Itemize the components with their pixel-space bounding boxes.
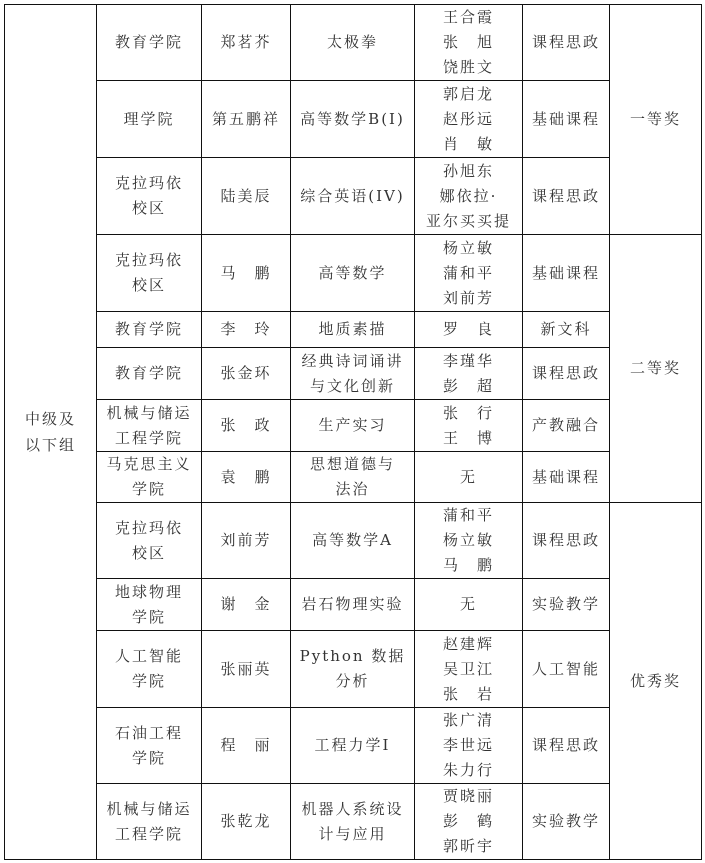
teacher-name-cell: 第五鹏祥 <box>202 81 291 158</box>
category-cell: 基础课程 <box>523 81 610 158</box>
course-cell: 高等数学A <box>291 503 415 579</box>
team-members-cell-line: 张 岩 <box>417 682 520 707</box>
table-row: 克拉玛依校区陆美辰综合英语(IV)孙旭东娜依拉·亚尔买买提课程思政 <box>5 158 702 235</box>
course-cell-line: 机器人系统设 <box>293 797 412 822</box>
group-label: 中级及以下组 <box>19 406 82 458</box>
course-cell-line: 法治 <box>293 477 412 502</box>
college-cell: 机械与储运工程学院 <box>97 400 202 452</box>
table-row: 石油工程学院程 丽工程力学I张广清李世远朱力行课程思政 <box>5 708 702 784</box>
team-members-cell-line: 赵建辉 <box>417 632 520 657</box>
college-cell-line: 克拉玛依 <box>99 248 199 273</box>
team-members-cell: 杨立敏蒲和平刘前芳 <box>415 235 523 312</box>
college-cell-line: 教育学院 <box>99 361 199 386</box>
category-cell: 新文科 <box>523 312 610 348</box>
team-members-cell-line: 李瑾华 <box>417 349 520 374</box>
college-cell-line: 马克思主义 <box>99 452 199 477</box>
college-cell-line: 机械与储运 <box>99 797 199 822</box>
college-cell-line: 校区 <box>99 541 199 566</box>
college-cell: 机械与储运工程学院 <box>97 784 202 860</box>
team-members-cell-line: 肖 敏 <box>417 132 520 157</box>
team-members-cell: 无 <box>415 452 523 503</box>
team-members-cell-line: 无 <box>417 465 520 490</box>
course-cell-line: 地质素描 <box>293 317 412 342</box>
team-members-cell-line: 娜依拉· <box>417 184 520 209</box>
teacher-name-cell: 张 政 <box>202 400 291 452</box>
college-cell-line: 学院 <box>99 746 199 771</box>
category-cell: 课程思政 <box>523 708 610 784</box>
college-cell: 克拉玛依校区 <box>97 235 202 312</box>
course-cell: 太极拳 <box>291 5 415 81</box>
table-row: 理学院第五鹏祥高等数学B(Ⅰ)郭启龙赵彤远肖 敏基础课程 <box>5 81 702 158</box>
team-members-cell-line: 赵彤远 <box>417 107 520 132</box>
team-members-cell-line: 张 行 <box>417 401 520 426</box>
team-members-cell-line: 郭启龙 <box>417 82 520 107</box>
award-level-cell: 二等奖 <box>610 235 702 503</box>
team-members-cell-line: 杨立敏 <box>417 236 520 261</box>
course-cell: Python 数据分析 <box>291 631 415 708</box>
table-row: 教育学院张金环经典诗词诵讲与文化创新李瑾华彭 超课程思政 <box>5 348 702 400</box>
course-cell: 地质素描 <box>291 312 415 348</box>
team-members-cell-line: 蒲和平 <box>417 261 520 286</box>
teacher-name-cell: 张乾龙 <box>202 784 291 860</box>
teacher-name-cell: 张丽英 <box>202 631 291 708</box>
award-table: 中级及以下组教育学院郑茗芥太极拳王合霞张 旭饶胜文课程思政一等奖理学院第五鹏祥高… <box>4 4 702 860</box>
category-cell: 课程思政 <box>523 348 610 400</box>
team-members-cell-line: 蒲和平 <box>417 503 520 528</box>
table-row: 教育学院李 玲地质素描罗 良新文科 <box>5 312 702 348</box>
team-members-cell-line: 刘前芳 <box>417 286 520 311</box>
college-cell-line: 人工智能 <box>99 644 199 669</box>
teacher-name-cell: 袁 鹏 <box>202 452 291 503</box>
team-members-cell-line: 李世远 <box>417 733 520 758</box>
college-cell-line: 理学院 <box>99 107 199 132</box>
award-table-body: 中级及以下组教育学院郑茗芥太极拳王合霞张 旭饶胜文课程思政一等奖理学院第五鹏祥高… <box>5 5 702 860</box>
category-cell: 人工智能 <box>523 631 610 708</box>
college-cell: 克拉玛依校区 <box>97 503 202 579</box>
team-members-cell: 郭启龙赵彤远肖 敏 <box>415 81 523 158</box>
team-members-cell: 赵建辉吴卫江张 岩 <box>415 631 523 708</box>
team-members-cell-line: 彭 鹤 <box>417 809 520 834</box>
teacher-name-cell: 马 鹏 <box>202 235 291 312</box>
course-cell: 机器人系统设计与应用 <box>291 784 415 860</box>
group-cell: 中级及以下组 <box>5 5 97 860</box>
college-cell: 人工智能学院 <box>97 631 202 708</box>
college-cell: 克拉玛依校区 <box>97 158 202 235</box>
team-members-cell-line: 郭昕宇 <box>417 834 520 859</box>
table-row: 克拉玛依校区刘前芳高等数学A蒲和平杨立敏马 鹏课程思政优秀奖 <box>5 503 702 579</box>
college-cell-line: 地球物理 <box>99 580 199 605</box>
college-cell-line: 教育学院 <box>99 30 199 55</box>
college-cell: 理学院 <box>97 81 202 158</box>
college-cell-line: 校区 <box>99 273 199 298</box>
team-members-cell-line: 罗 良 <box>417 317 520 342</box>
college-cell: 地球物理学院 <box>97 579 202 631</box>
team-members-cell-line: 亚尔买买提 <box>417 209 520 234</box>
category-cell: 课程思政 <box>523 5 610 81</box>
course-cell: 高等数学B(Ⅰ) <box>291 81 415 158</box>
team-members-cell: 无 <box>415 579 523 631</box>
college-cell: 石油工程学院 <box>97 708 202 784</box>
table-row: 机械与储运工程学院张乾龙机器人系统设计与应用贾晓丽彭 鹤郭昕宇实验教学 <box>5 784 702 860</box>
course-cell-line: 岩石物理实验 <box>293 592 412 617</box>
course-cell-line: 分析 <box>293 669 412 694</box>
teacher-name-cell: 张金环 <box>202 348 291 400</box>
college-cell-line: 克拉玛依 <box>99 516 199 541</box>
team-members-cell-line: 彭 超 <box>417 374 520 399</box>
team-members-cell-line: 朱力行 <box>417 758 520 783</box>
team-members-cell-line: 张 旭 <box>417 30 520 55</box>
team-members-cell: 李瑾华彭 超 <box>415 348 523 400</box>
college-cell: 教育学院 <box>97 312 202 348</box>
course-cell-line: 生产实习 <box>293 413 412 438</box>
course-cell-line: 高等数学 <box>293 261 412 286</box>
category-cell: 课程思政 <box>523 503 610 579</box>
table-row: 马克思主义学院袁 鹏思想道德与法治无基础课程 <box>5 452 702 503</box>
table-row: 克拉玛依校区马 鹏高等数学杨立敏蒲和平刘前芳基础课程二等奖 <box>5 235 702 312</box>
course-cell: 思想道德与法治 <box>291 452 415 503</box>
college-cell: 教育学院 <box>97 5 202 81</box>
college-cell-line: 工程学院 <box>99 426 199 451</box>
team-members-cell-line: 贾晓丽 <box>417 784 520 809</box>
course-cell-line: 高等数学B(Ⅰ) <box>293 107 412 132</box>
college-cell-line: 石油工程 <box>99 721 199 746</box>
team-members-cell-line: 张广清 <box>417 708 520 733</box>
college-cell: 马克思主义学院 <box>97 452 202 503</box>
course-cell-line: 太极拳 <box>293 30 412 55</box>
team-members-cell: 张 行王 博 <box>415 400 523 452</box>
team-members-cell-line: 杨立敏 <box>417 528 520 553</box>
course-cell-line: 计与应用 <box>293 822 412 847</box>
category-cell: 课程思政 <box>523 158 610 235</box>
table-row: 地球物理学院谢 金岩石物理实验无实验教学 <box>5 579 702 631</box>
course-cell: 工程力学I <box>291 708 415 784</box>
college-cell-line: 克拉玛依 <box>99 171 199 196</box>
team-members-cell: 张广清李世远朱力行 <box>415 708 523 784</box>
course-cell: 综合英语(IV) <box>291 158 415 235</box>
team-members-cell: 王合霞张 旭饶胜文 <box>415 5 523 81</box>
category-cell: 产教融合 <box>523 400 610 452</box>
course-cell: 经典诗词诵讲与文化创新 <box>291 348 415 400</box>
team-members-cell-line: 饶胜文 <box>417 55 520 80</box>
course-cell-line: 与文化创新 <box>293 374 412 399</box>
college-cell-line: 学院 <box>99 477 199 502</box>
teacher-name-cell: 李 玲 <box>202 312 291 348</box>
category-cell: 基础课程 <box>523 235 610 312</box>
table-row: 机械与储运工程学院张 政生产实习张 行王 博产教融合 <box>5 400 702 452</box>
category-cell: 实验教学 <box>523 784 610 860</box>
table-row: 人工智能学院张丽英Python 数据分析赵建辉吴卫江张 岩人工智能 <box>5 631 702 708</box>
team-members-cell-line: 无 <box>417 592 520 617</box>
teacher-name-cell: 刘前芳 <box>202 503 291 579</box>
course-cell-line: Python 数据 <box>293 644 412 669</box>
college-cell-line: 学院 <box>99 605 199 630</box>
team-members-cell: 蒲和平杨立敏马 鹏 <box>415 503 523 579</box>
course-cell-line: 思想道德与 <box>293 452 412 477</box>
college-cell-line: 校区 <box>99 196 199 221</box>
category-cell: 基础课程 <box>523 452 610 503</box>
course-cell-line: 高等数学A <box>293 528 412 553</box>
course-cell: 生产实习 <box>291 400 415 452</box>
college-cell-line: 工程学院 <box>99 822 199 847</box>
course-cell-line: 经典诗词诵讲 <box>293 349 412 374</box>
teacher-name-cell: 郑茗芥 <box>202 5 291 81</box>
award-level-cell: 一等奖 <box>610 5 702 235</box>
teacher-name-cell: 谢 金 <box>202 579 291 631</box>
team-members-cell: 孙旭东娜依拉·亚尔买买提 <box>415 158 523 235</box>
course-cell: 岩石物理实验 <box>291 579 415 631</box>
team-members-cell-line: 王合霞 <box>417 5 520 30</box>
college-cell-line: 机械与储运 <box>99 401 199 426</box>
college-cell-line: 教育学院 <box>99 317 199 342</box>
award-level-cell: 优秀奖 <box>610 503 702 860</box>
teacher-name-cell: 陆美辰 <box>202 158 291 235</box>
team-members-cell: 贾晓丽彭 鹤郭昕宇 <box>415 784 523 860</box>
college-cell-line: 学院 <box>99 669 199 694</box>
team-members-cell-line: 孙旭东 <box>417 159 520 184</box>
team-members-cell-line: 王 博 <box>417 426 520 451</box>
category-cell: 实验教学 <box>523 579 610 631</box>
teacher-name-cell: 程 丽 <box>202 708 291 784</box>
table-row: 中级及以下组教育学院郑茗芥太极拳王合霞张 旭饶胜文课程思政一等奖 <box>5 5 702 81</box>
team-members-cell: 罗 良 <box>415 312 523 348</box>
course-cell-line: 工程力学I <box>293 733 412 758</box>
team-members-cell-line: 马 鹏 <box>417 553 520 578</box>
college-cell: 教育学院 <box>97 348 202 400</box>
team-members-cell-line: 吴卫江 <box>417 657 520 682</box>
course-cell-line: 综合英语(IV) <box>293 184 412 209</box>
course-cell: 高等数学 <box>291 235 415 312</box>
